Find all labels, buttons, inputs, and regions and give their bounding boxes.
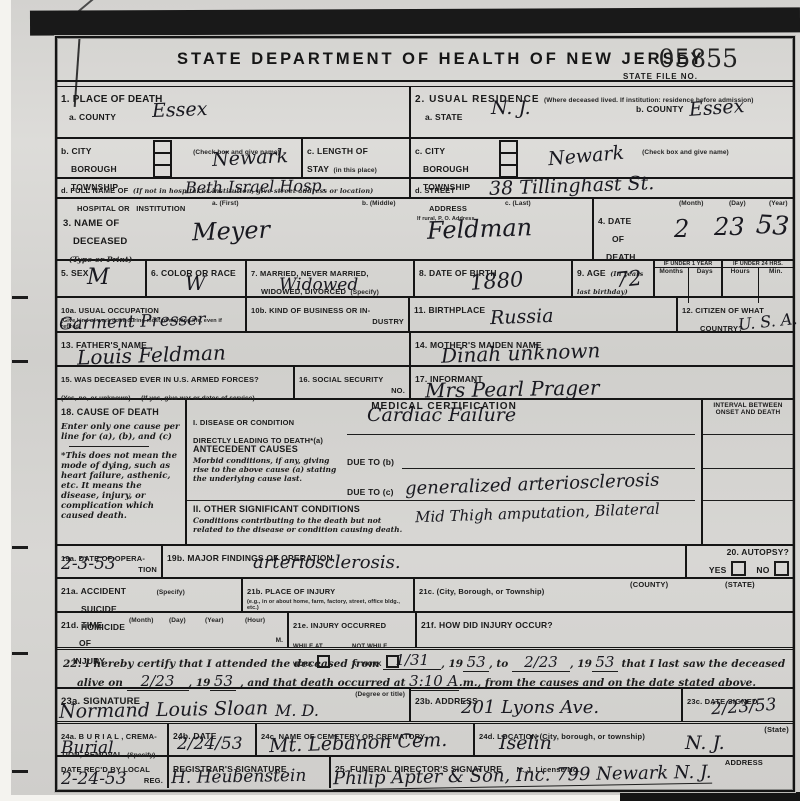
part2-label: II. OTHER SIGNIFICANT CONDITIONS	[193, 504, 360, 514]
injury-time-label2: OF	[79, 638, 91, 648]
autopsy-no-checkbox	[774, 561, 789, 576]
injury-city-label: 21c. (City, Borough, or Township)	[419, 587, 545, 596]
operation-date-value: 2-3-53	[61, 554, 116, 574]
race-value: W	[185, 271, 206, 295]
dod-label-1: 4. DATE	[598, 216, 631, 226]
due-to-b-label: DUE TO (b)	[347, 458, 394, 468]
dod-day-label: (Day)	[729, 200, 746, 207]
stay-hint: (in this place)	[334, 167, 377, 174]
autopsy-yes-checkbox	[731, 561, 746, 576]
accident-hint: (Specify)	[157, 589, 185, 596]
res-state-value: N. J.	[491, 97, 531, 119]
death-certificate-form: STATE DEPARTMENT OF HEALTH OF NEW JERSEY…	[55, 36, 795, 792]
date-signed-value: 2/23/53	[710, 695, 777, 720]
dod-year-label: (Year)	[769, 200, 788, 207]
hospital-label: d. FULL NAME OF	[61, 186, 128, 195]
state-file-number: 05855	[658, 44, 738, 73]
autopsy-yes-label: YES	[709, 565, 727, 575]
last-label: c. (Last)	[505, 200, 531, 207]
row-occupation: 10a. USUAL OCCUPATION (Give kind of work…	[57, 296, 793, 331]
dod-month-value: 2	[674, 215, 689, 243]
margin-tick	[12, 360, 28, 363]
business-label2: DUSTRY	[251, 318, 404, 327]
cause-note2: *This does not mean the mode of dying, s…	[61, 451, 181, 521]
res-county-label: b. COUNTY	[636, 105, 684, 115]
injury-hour-label: (Hour)	[245, 617, 265, 624]
row-place-residence: 1. PLACE OF DEATH a. COUNTY Essex b. CIT…	[57, 87, 793, 197]
city-label-2: BOROUGH	[71, 164, 117, 174]
row-burial: 24a. B U R I A L , CREMA- TION, REMOVAL …	[57, 721, 793, 755]
stay-label2: STAY	[307, 164, 329, 174]
birthplace-label: 11. BIRTHPLACE	[414, 305, 485, 315]
city-label-1: b. CITY	[61, 146, 92, 156]
certify-c3: , 19	[570, 658, 592, 670]
registrar-signature-value: H. Heubenstein	[171, 766, 307, 788]
sig-address-value: 201 Lyons Ave.	[461, 697, 599, 718]
cause-label: 18. CAUSE OF DEATH	[61, 407, 159, 417]
city-checkboxes	[153, 140, 172, 178]
dob-value: 1880	[469, 267, 524, 295]
certify-text5: m., from the causes and on the date stat…	[463, 677, 756, 689]
margin-tick	[12, 770, 28, 773]
mother-value: Dinah unknown	[441, 338, 601, 368]
margin-tick	[12, 652, 28, 655]
a-label: (a)	[313, 436, 323, 445]
age-label: 9. AGE	[577, 268, 606, 278]
cause-note1: Enter only one cause per line for (a), (…	[61, 422, 181, 442]
row-injury-time: 21d. TIME OF INJURY (Month) (Day) (Year)…	[57, 611, 793, 647]
antecedent-note: Morbid conditions, if any, giving rise t…	[193, 456, 343, 483]
row-registrar: DATE REC'D BY LOCAL REG. 2-24-53 REGISTR…	[57, 755, 793, 788]
margin-tick	[12, 546, 28, 549]
res-state-label: a. STATE	[425, 112, 463, 122]
ssn-label2: NO.	[299, 387, 405, 396]
county-label: a. COUNTY	[69, 112, 116, 122]
last-name-value: Feldman	[427, 213, 533, 245]
marital-value: Widowed	[279, 275, 358, 295]
injury-m-label: M.	[276, 637, 283, 644]
place-of-injury-label: 21b. PLACE OF INJURY	[247, 587, 335, 596]
row-operation: 19a. DATE OF OPERA- TION 2-3-53 19b. MAJ…	[57, 544, 793, 577]
physician-signature-value: Normand Louis Sloan	[59, 697, 269, 723]
forces-label: 15. WAS DECEASED EVER IN U.S. ARMED FORC…	[61, 375, 259, 384]
row-signature: 23a. SIGNATURE (Degree or title) Normand…	[57, 687, 793, 721]
fd-address-label: ADDRESS	[725, 759, 763, 768]
margin-tick	[12, 296, 28, 299]
accident-label-1: 21a. ACCIDENT	[61, 586, 126, 596]
place-of-injury-hint: (e.g., in or about home, farm, factory, …	[247, 599, 409, 611]
dod-label-2: OF	[612, 234, 624, 244]
city-value: Newark	[211, 145, 288, 171]
injury-occurred-label: 21e. INJURY OCCURRED	[293, 621, 386, 630]
res-city-checkboxes	[499, 140, 518, 178]
injury-state-label: (STATE)	[725, 581, 755, 590]
ssn-label: 16. SOCIAL SECURITY	[299, 375, 384, 384]
due-to-c-label: DUE TO (c)	[347, 488, 394, 498]
findings-value: arteriosclerosis.	[253, 552, 401, 573]
hospital-value: Beth Israel Hosp.	[185, 176, 327, 197]
name-label-2: DECEASED	[73, 236, 127, 247]
degree-hint: (Degree or title)	[355, 691, 405, 698]
section-usual-residence: 2. USUAL RESIDENCE (Where deceased lived…	[409, 87, 793, 197]
certify-text2: that I last saw the deceased	[622, 658, 786, 670]
first-name-value: Meyer	[192, 216, 271, 247]
certify-c2: , to	[489, 658, 508, 670]
row-forces-informant: 15. WAS DECEASED EVER IN U.S. ARMED FORC…	[57, 365, 793, 398]
cause-c-value: generalized arteriosclerosis	[405, 470, 660, 500]
recd-date-value: 2-24-53	[61, 769, 127, 789]
name-label-1: 3. NAME OF	[63, 218, 119, 229]
attended-from-value: 1/31	[383, 651, 441, 670]
street-value: 38 Tillinghast St.	[489, 172, 655, 200]
certify-number: 22.	[63, 658, 81, 670]
res-city-hint: (Check box and give name)	[642, 149, 729, 156]
injury-county-label: (COUNTY)	[630, 581, 668, 590]
county-value: Essex	[152, 98, 208, 122]
scanned-death-certificate: { "header": { "title": "STATE DEPARTMENT…	[0, 0, 800, 801]
occupation-value: Garment Presser	[59, 309, 206, 334]
part1-label-1: I. DISEASE OR CONDITION	[193, 418, 294, 427]
burial-date-value: 2/24/53	[177, 734, 243, 754]
interval-label-2: ONSET AND DEATH	[716, 409, 781, 416]
first-label: a. (First)	[212, 200, 239, 207]
year2-value: 53	[592, 653, 618, 672]
autopsy-no-label: NO	[756, 565, 769, 575]
antecedent-label: ANTECEDENT CAUSES	[193, 444, 298, 454]
row-parents: 13. FATHER'S NAME Louis Feldman 14. MOTH…	[57, 331, 793, 365]
operation-date-label2: TION	[138, 566, 157, 575]
degree-value: M. D.	[275, 701, 319, 720]
injury-month-label: (Month)	[129, 617, 154, 624]
row-cause-of-death: 18. CAUSE OF DEATH Enter only one cause …	[57, 398, 793, 544]
autopsy-label: 20. AUTOPSY?	[691, 548, 789, 558]
interval-label-1: INTERVAL BETWEEN	[713, 402, 782, 409]
place-of-death-title: 1. PLACE OF DEATH	[61, 94, 163, 105]
dod-year-value: 53	[755, 210, 790, 242]
certify-text3: alive on	[77, 677, 123, 689]
burial-state-value: N. J.	[685, 732, 725, 754]
res-city-value: Newark	[547, 142, 625, 171]
year1-value: 53	[463, 653, 489, 672]
sex-value: M	[87, 265, 110, 290]
cause-a-value: Cardiac Failure	[367, 404, 516, 426]
middle-label: b. (Middle)	[362, 200, 396, 207]
under24-label: IF UNDER 24 HRS.	[723, 261, 793, 267]
under1-label: IF UNDER 1 YEAR	[655, 261, 721, 267]
age-value: 72	[614, 266, 643, 293]
scan-bottom-black-bar	[620, 792, 800, 801]
res-city-label-1: c. CITY	[415, 146, 445, 156]
res-county-value: Essex	[688, 95, 745, 121]
business-label: 10b. KIND OF BUSINESS OR IN-	[251, 306, 370, 315]
dod-month-label: (Month)	[679, 200, 704, 207]
injury-time-label: 21d. TIME	[61, 620, 102, 630]
other-conditions-value: Mid Thigh amputation, Bilateral	[415, 500, 660, 527]
res-city-label-2: BOROUGH	[423, 164, 469, 174]
sex-label: 5. SEX	[61, 268, 89, 278]
injury-year-label: (Year)	[205, 617, 224, 624]
row-name-dod: a. (First) b. (Middle) c. (Last) 3. NAME…	[57, 197, 793, 259]
row-vitals: 5. SEX M 6. COLOR OR RACE W 7. MARRIED, …	[57, 259, 793, 296]
street-label: d. STREET	[415, 186, 455, 195]
birthplace-value: Russia	[490, 305, 554, 329]
dod-day-value: 23	[714, 213, 745, 241]
informant-value: Mrs Pearl Prager	[425, 375, 600, 402]
burial-value: Burial	[61, 738, 114, 758]
burial-location-value: Iselin	[499, 732, 552, 754]
certify-text4: , and that death occurred at	[240, 677, 405, 689]
certify-text1: I hereby certify that I attended the dec…	[85, 658, 380, 670]
row-certification: 22. I hereby certify that I attended the…	[57, 647, 793, 687]
divider	[57, 80, 793, 87]
form-title: STATE DEPARTMENT OF HEALTH OF NEW JERSEY	[177, 50, 705, 69]
row-accident: 21a. ACCIDENT (Specify) SUICIDE HOMICIDE…	[57, 577, 793, 611]
attended-to-value: 2/23	[512, 653, 570, 672]
form-header: STATE DEPARTMENT OF HEALTH OF NEW JERSEY…	[57, 38, 793, 87]
stay-label: c. LENGTH OF	[307, 146, 368, 156]
citizen-label2: COUNTRY?	[700, 324, 743, 333]
scan-top-black-bar	[30, 7, 800, 35]
certify-c1: , 19	[441, 658, 463, 670]
injury-day-label: (Day)	[169, 617, 186, 624]
burial-state-label: (State)	[764, 726, 789, 735]
part2-note: Conditions contributing to the death but…	[193, 516, 413, 534]
how-injury-label: 21f. HOW DID INJURY OCCUR?	[421, 620, 553, 630]
certify-c4: , 19	[189, 677, 211, 689]
section-place-of-death: 1. PLACE OF DEATH a. COUNTY Essex b. CIT…	[57, 87, 409, 197]
